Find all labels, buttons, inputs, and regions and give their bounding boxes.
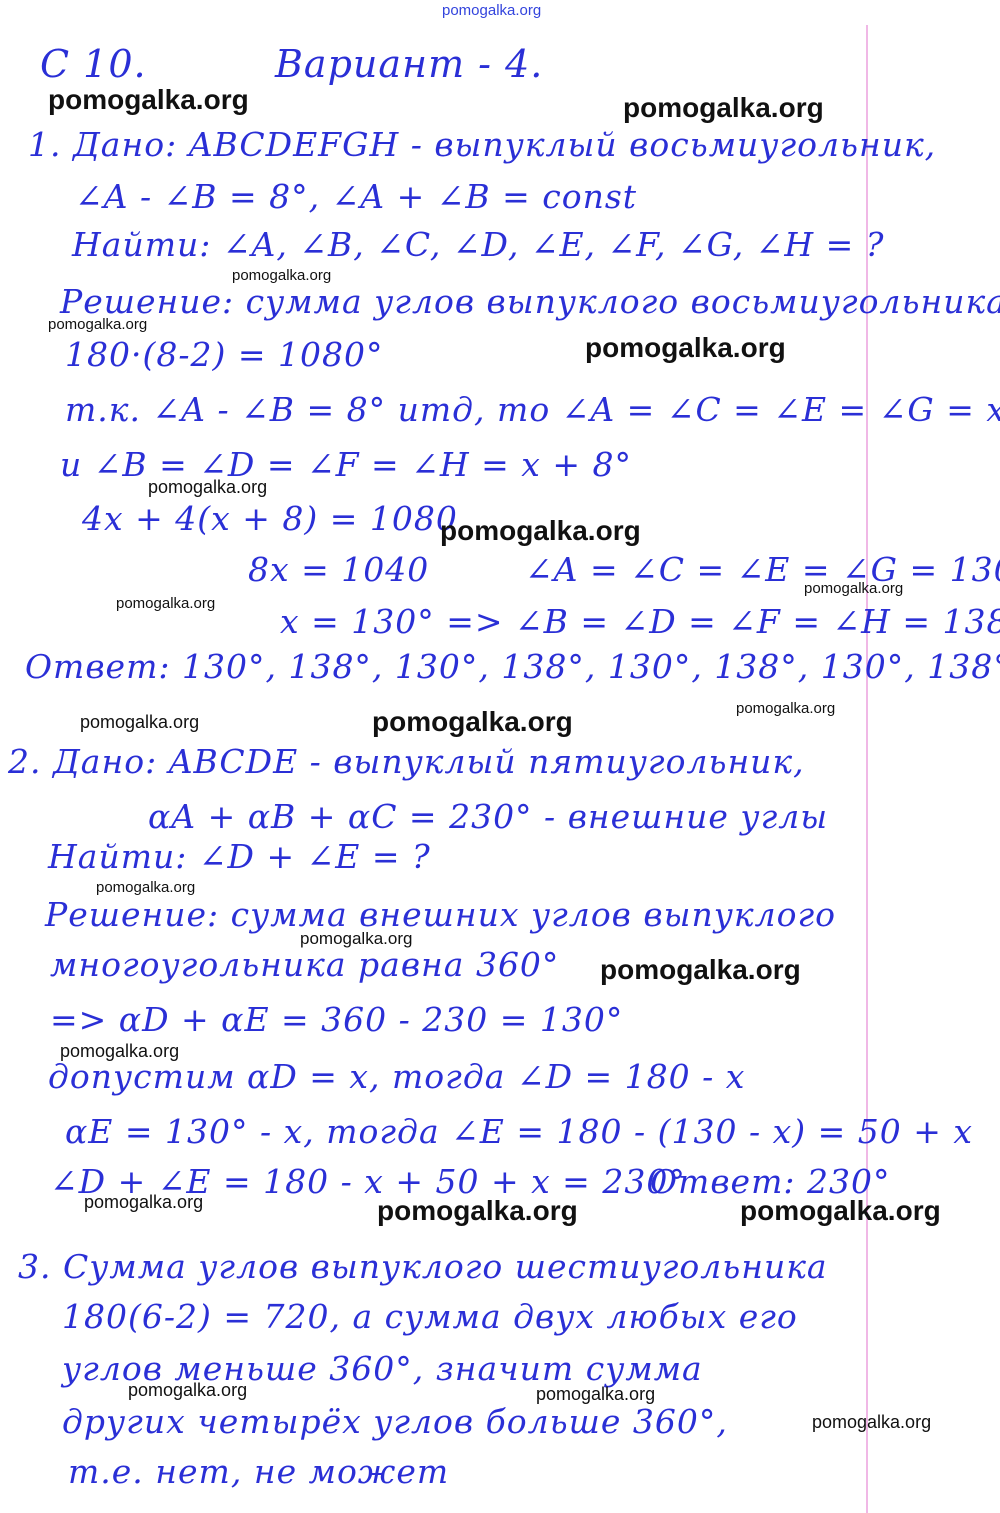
watermark: pomogalka.org (80, 713, 199, 731)
task1-result-b: x = 130° => ∠B = ∠D = ∠F = ∠H = 138° (280, 605, 1000, 638)
watermark: pomogalka.org (812, 1413, 931, 1431)
watermark: pomogalka.org (377, 1197, 578, 1225)
task1-solution: Решение: сумма углов выпуклого восьмиуго… (60, 285, 1000, 318)
task2-condition: αA + αB + αC = 230° - внешние углы (148, 800, 828, 833)
watermark: pomogalka.org (804, 581, 903, 596)
task2-answer: Ответ: 230° (650, 1165, 890, 1198)
notebook-page: pomogalka.org С 10. Вариант - 4. 1. Дано… (0, 0, 1000, 1513)
watermark: pomogalka.org (440, 517, 641, 545)
task2-assume: допустим αD = x, тогда ∠D = 180 - x (48, 1060, 745, 1093)
watermark: pomogalka.org (536, 1385, 655, 1403)
watermark: pomogalka.org (736, 701, 835, 716)
task3-line-1: 3. Сумма углов выпуклого шестиугольника (18, 1250, 828, 1283)
task2-step: => αD + αE = 360 - 230 = 130° (50, 1003, 623, 1036)
watermark: pomogalka.org (623, 94, 824, 122)
task1-sum-formula: 180·(8-2) = 1080° (65, 338, 383, 371)
watermark: pomogalka.org (585, 334, 786, 362)
watermark: pomogalka.org (96, 880, 195, 895)
task2-assume-2: αE = 130° - x, тогда ∠E = 180 - (130 - x… (65, 1115, 973, 1148)
watermark: pomogalka.org (128, 1381, 247, 1399)
task1-equation-2: 8x = 1040 (248, 553, 429, 586)
task1-answer: Ответ: 130°, 138°, 130°, 138°, 130°, 138… (25, 650, 1000, 683)
variant-title: Вариант - 4. (275, 45, 543, 83)
watermark: pomogalka.org (600, 956, 801, 984)
watermark: pomogalka.org (300, 930, 412, 947)
task3-line-5: т.е. нет, не может (68, 1455, 449, 1488)
task3-line-2: 180(6-2) = 720, а сумма двух любых его (62, 1300, 798, 1333)
task1-reasoning-2: и ∠B = ∠D = ∠F = ∠H = x + 8° (60, 448, 632, 481)
watermark: pomogalka.org (48, 317, 147, 332)
watermark: pomogalka.org (116, 596, 215, 611)
task2-solution-2: многоугольника равна 360° (50, 948, 559, 981)
exercise-number: С 10. (40, 45, 147, 83)
task1-equation: 4x + 4(x + 8) = 1080 (82, 502, 458, 535)
watermark: pomogalka.org (148, 478, 267, 496)
watermark: pomogalka.org (48, 86, 249, 114)
watermark: pomogalka.org (232, 268, 331, 283)
task1-find: Найти: ∠A, ∠B, ∠C, ∠D, ∠E, ∠F, ∠G, ∠H = … (72, 228, 885, 261)
watermark-top: pomogalka.org (442, 3, 541, 18)
watermark: pomogalka.org (740, 1197, 941, 1225)
task1-condition: ∠A - ∠B = 8°, ∠A + ∠B = const (75, 180, 637, 213)
task3-line-4: других четырёх углов больше 360°, (62, 1405, 728, 1438)
watermark: pomogalka.org (60, 1042, 179, 1060)
watermark: pomogalka.org (84, 1193, 203, 1211)
task2-find: Найти: ∠D + ∠E = ? (48, 840, 431, 873)
task1-given: 1. Дано: ABCDEFGH - выпуклый восьмиуголь… (28, 128, 936, 161)
task2-given: 2. Дано: ABCDE - выпуклый пятиугольник, (8, 745, 805, 778)
watermark: pomogalka.org (372, 708, 573, 736)
task1-result-a: ∠A = ∠C = ∠E = ∠G = 130° (525, 553, 1000, 586)
task2-solution: Решение: сумма внешних углов выпуклого (45, 898, 836, 931)
task1-reasoning: т.к. ∠A - ∠B = 8° итд, то ∠A = ∠C = ∠E =… (65, 393, 1000, 426)
